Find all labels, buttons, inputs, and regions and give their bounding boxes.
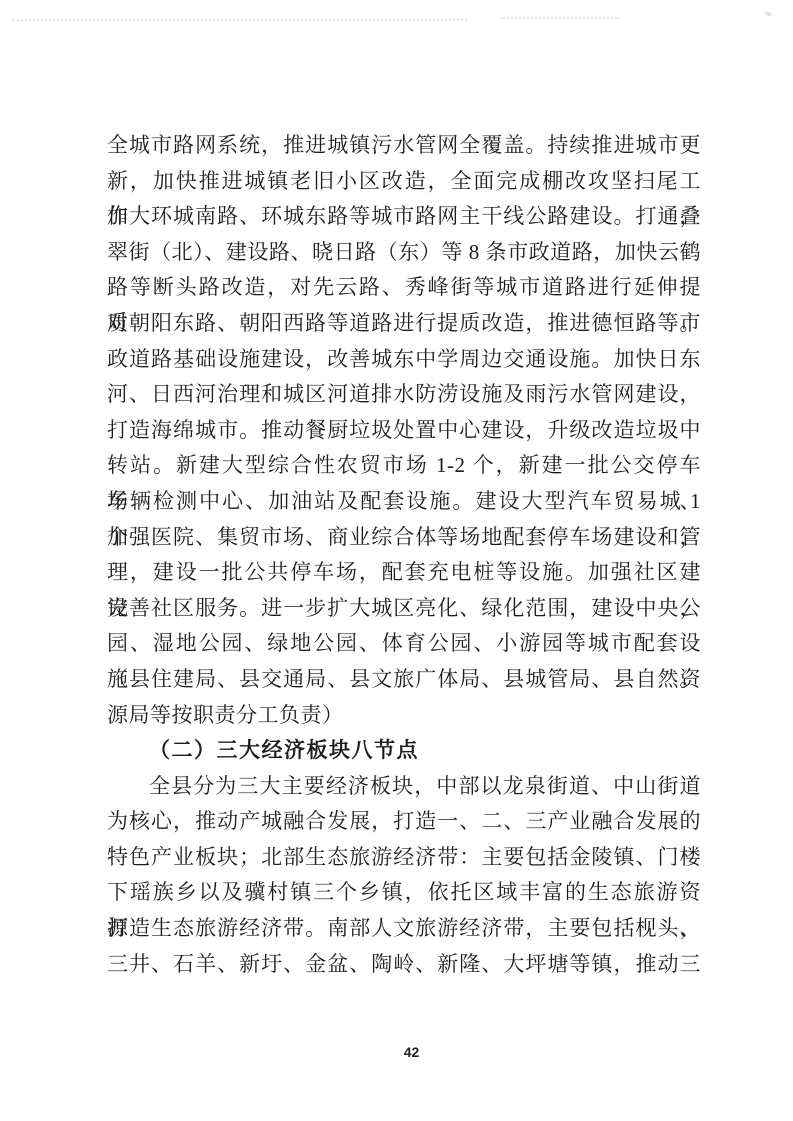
text-line: 下瑶族乡以及骥村镇三个乡镇，依托区域丰富的生态旅游资源， <box>107 875 701 911</box>
text-line: 特色产业板块；北部生态旅游经济带：主要包括金陵镇、门楼 <box>107 840 701 876</box>
document-page: 全城市路网系统，推进城镇污水管网全覆盖。持续推进城市更 新，加快推进城镇老旧小区… <box>0 0 793 1121</box>
text-line: 全县分为三大主要经济板块，中部以龙泉街道、中山街道 <box>107 769 701 805</box>
page-number: 42 <box>15 1044 793 1060</box>
text-line: 新，加快推进城镇老旧小区改造，全面完成棚改攻坚扫尾工作， <box>107 164 701 200</box>
text-line: 打造生态旅游经济带。南部人文旅游经济带，主要包括枧头、 <box>107 911 701 947</box>
text-line: 园、湿地公园、绿地公园、体育公园、小游园等城市配套设施。 <box>107 626 701 662</box>
text-line: 翠街（北）、建设路、晓日路（东）等 8 条市政道路，加快云鹤 <box>107 235 701 271</box>
scan-artifact-streak <box>12 18 467 21</box>
text-line: 加强医院、集贸市场、商业综合体等场地配套停车场建设和管 <box>107 520 701 556</box>
section-heading: （二）三大经济板块八节点 <box>107 733 701 769</box>
text-line: 车辆检测中心、加油站及配套设施。建设大型汽车贸易城 1 个， <box>107 484 701 520</box>
text-line: 为核心，推动产城融合发展，打造一、二、三产业融合发展的 <box>107 804 701 840</box>
body-text-block: 全城市路网系统，推进城镇污水管网全覆盖。持续推进城市更 新，加快推进城镇老旧小区… <box>107 128 701 982</box>
text-line: 源局等按职责分工负责） <box>107 698 701 734</box>
text-line: 政道路基础设施建设，改善城东中学周边交通设施。加快日东 <box>107 342 701 378</box>
text-line: 路等断头路改造，对先云路、秀峰街等城市道路进行延伸提质。 <box>107 270 701 306</box>
text-line: 加大环城南路、环城东路等城市路网主干线公路建设。打通叠 <box>107 199 701 235</box>
text-line: 对朝阳东路、朝阳西路等道路进行提质改造，推进德恒路等市 <box>107 306 701 342</box>
text-line: 完善社区服务。进一步扩大城区亮化、绿化范围，建设中央公 <box>107 591 701 627</box>
text-line: 打造海绵城市。推动餐厨垃圾处置中心建设，升级改造垃圾中 <box>107 413 701 449</box>
text-line: 河、日西河治理和城区河道排水防涝设施及雨污水管网建设， <box>107 377 701 413</box>
scan-artifact-streak <box>500 17 620 19</box>
text-line: 三井、石羊、新圩、金盆、陶岭、新隆、大坪塘等镇，推动三 <box>107 947 701 983</box>
text-line: 转站。新建大型综合性农贸市场 1-2 个，新建一批公交停车场、 <box>107 448 701 484</box>
scan-artifact-speck <box>764 11 772 18</box>
text-line: （县住建局、县交通局、县文旅广体局、县城管局、县自然资 <box>107 662 701 698</box>
text-line: 理，建设一批公共停车场，配套充电桩等设施。加强社区建设， <box>107 555 701 591</box>
text-line: 全城市路网系统，推进城镇污水管网全覆盖。持续推进城市更 <box>107 128 701 164</box>
